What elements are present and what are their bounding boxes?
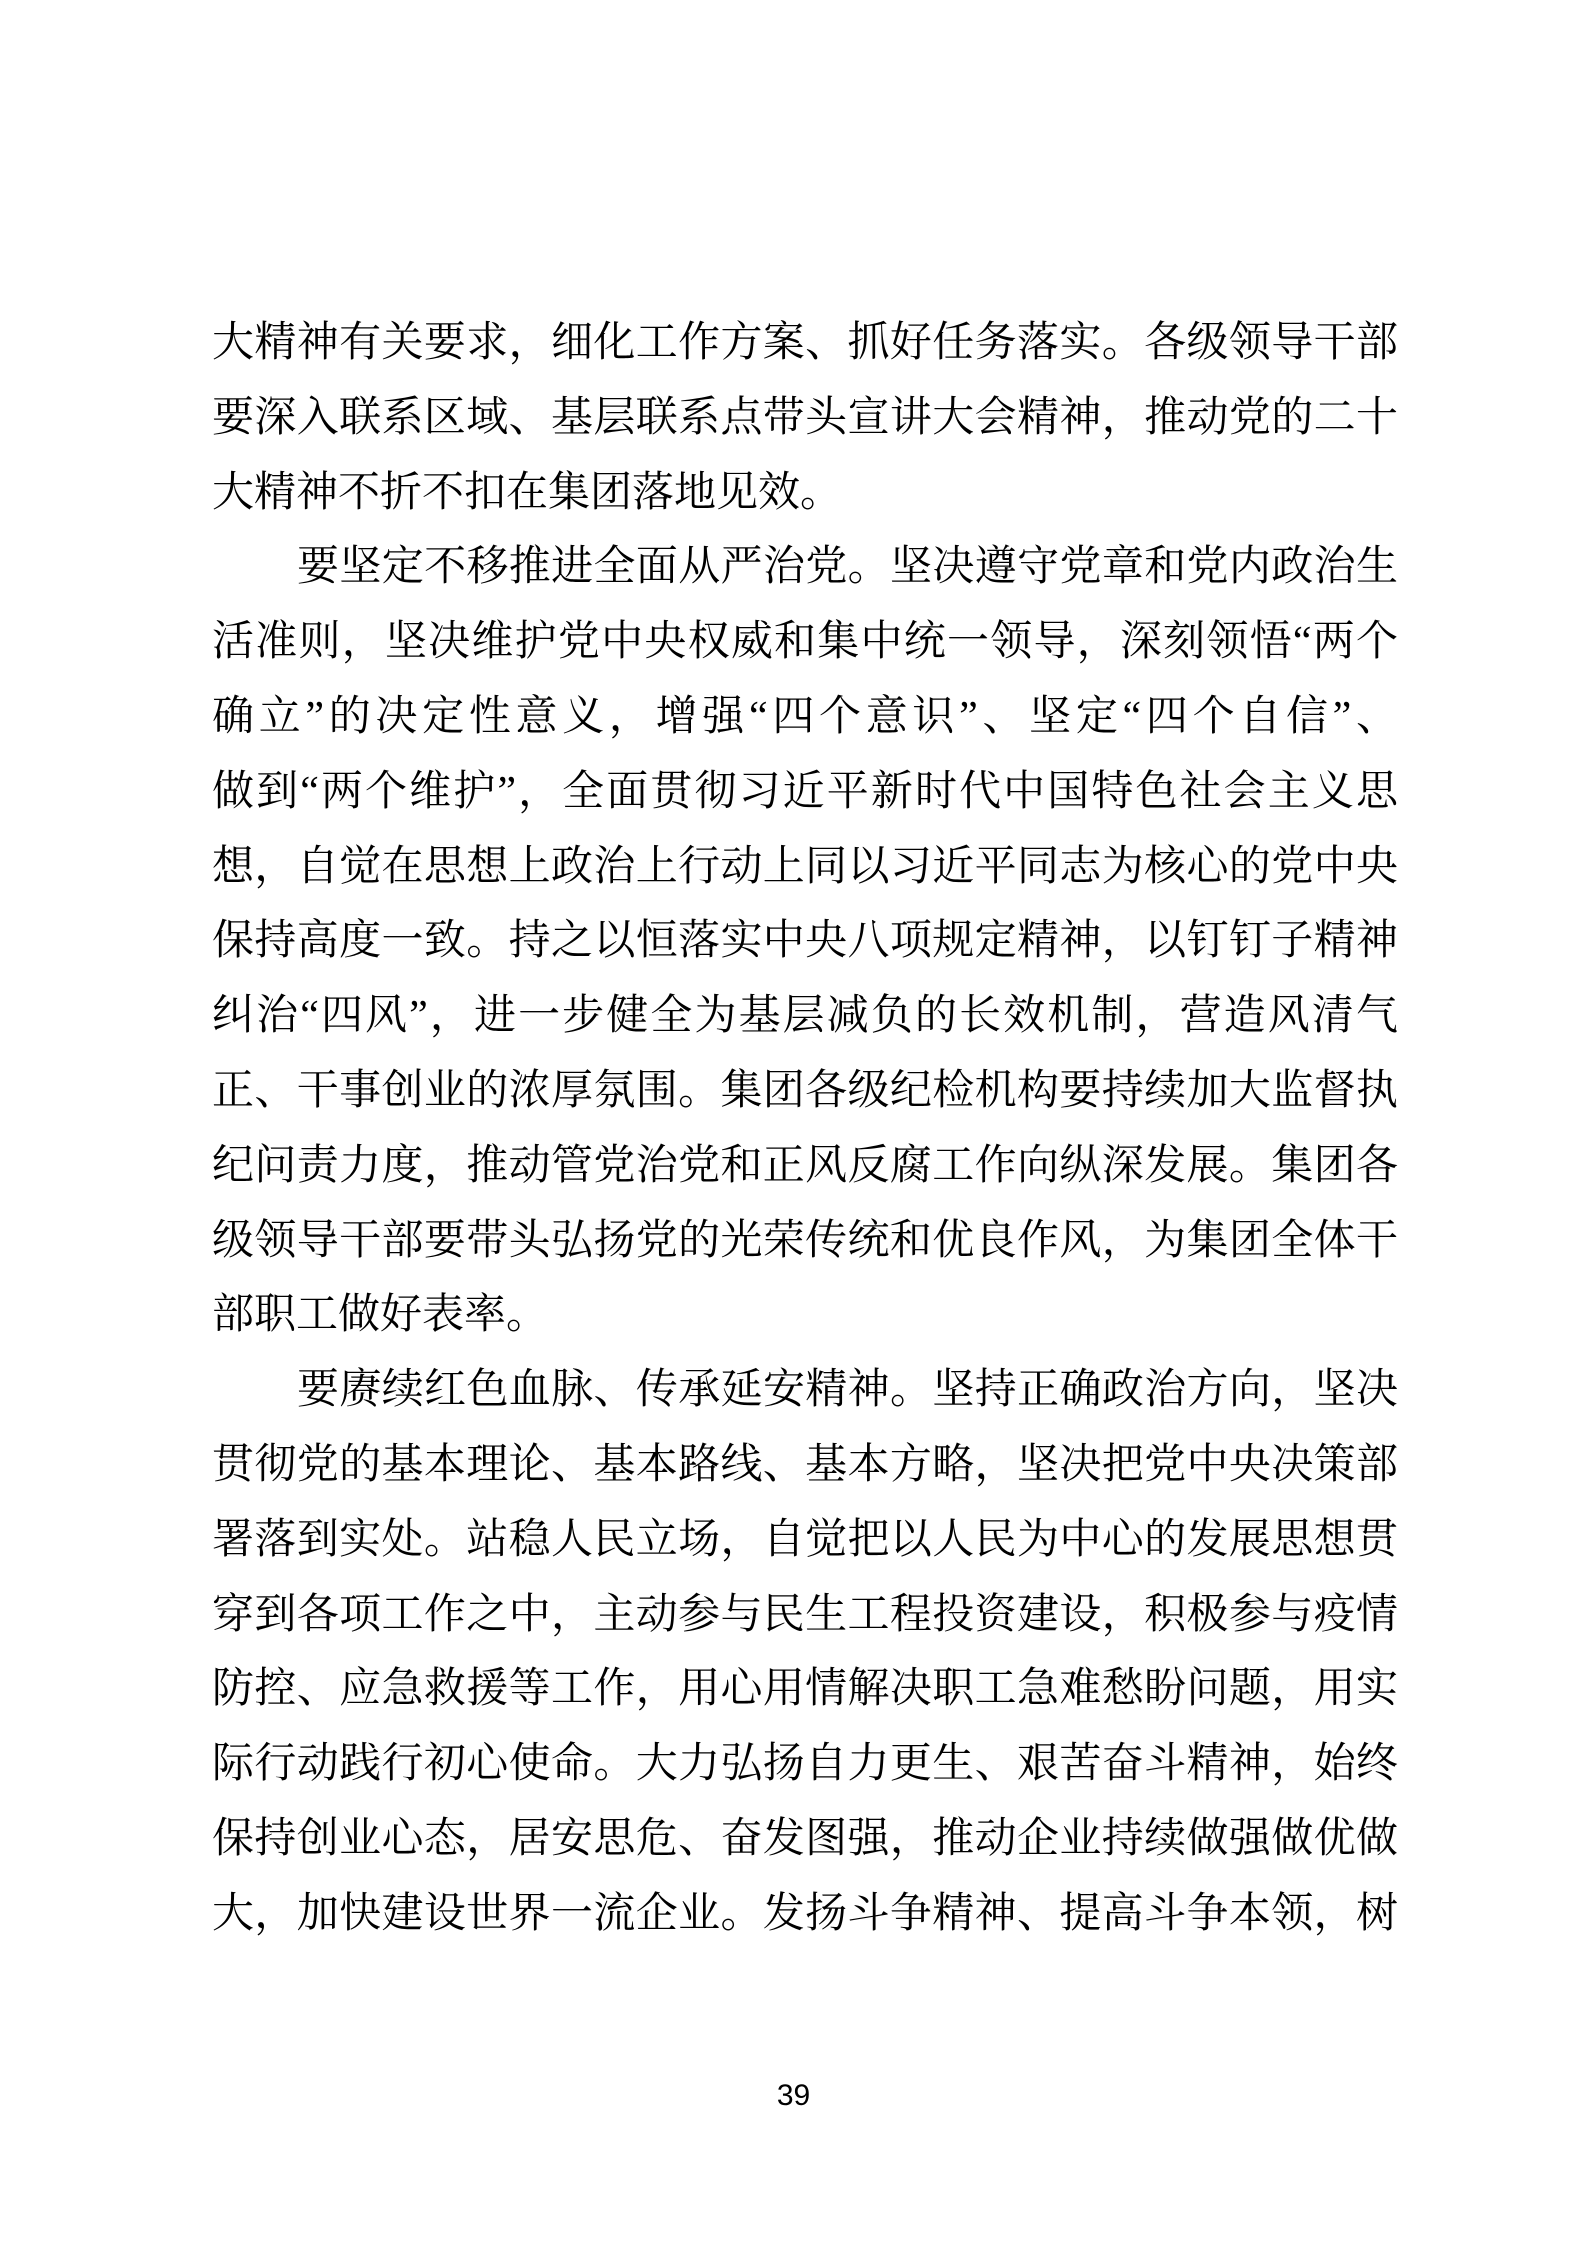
document-body: 大精神有关要求，细化工作方案、抓好任务落实。各级领导干部 要深入联系区域、基层联…	[212, 306, 1398, 1952]
text-line: 大精神不折不扣在集团落地见效。	[212, 456, 1398, 531]
text-line: 纪问责力度，推动管党治党和正风反腐工作向纵深发展。集团各	[212, 1129, 1398, 1204]
text-line: 想，自觉在思想上政治上行动上同以习近平同志为核心的党中央	[212, 830, 1398, 905]
text-line: 做到“两个维护”，全面贯彻习近平新时代中国特色社会主义思	[212, 755, 1398, 830]
text-line: 际行动践行初心使命。大力弘扬自力更生、艰苦奋斗精神，始终	[212, 1727, 1398, 1802]
document-page: 大精神有关要求，细化工作方案、抓好任务落实。各级领导干部 要深入联系区域、基层联…	[0, 0, 1587, 2245]
text-line: 要深入联系区域、基层联系点带头宣讲大会精神，推动党的二十	[212, 381, 1398, 456]
text-line: 防控、应急救援等工作，用心用情解决职工急难愁盼问题，用实	[212, 1652, 1398, 1727]
text-line: 贯彻党的基本理论、基本路线、基本方略，坚决把党中央决策部	[212, 1428, 1398, 1503]
text-line: 级领导干部要带头弘扬党的光荣传统和优良作风，为集团全体干	[212, 1204, 1398, 1279]
text-line: 大，加快建设世界一流企业。发扬斗争精神、提高斗争本领，树	[212, 1877, 1398, 1952]
text-line: 穿到各项工作之中，主动参与民生工程投资建设，积极参与疫情	[212, 1578, 1398, 1653]
text-line paragraph-start: 要赓续红色血脉、传承延安精神。坚持正确政治方向，坚决	[212, 1353, 1398, 1428]
page-number: 39	[0, 2078, 1587, 2114]
text-line: 署落到实处。站稳人民立场，自觉把以人民为中心的发展思想贯	[212, 1503, 1398, 1578]
text-line: 正、干事创业的浓厚氛围。集团各级纪检机构要持续加大监督执	[212, 1054, 1398, 1129]
text-line paragraph-start: 要坚定不移推进全面从严治党。坚决遵守党章和党内政治生	[212, 530, 1398, 605]
text-line: 保持创业心态，居安思危、奋发图强，推动企业持续做强做优做	[212, 1802, 1398, 1877]
text-line: 确立”的决定性意义，增强“四个意识”、坚定“四个自信”、	[212, 680, 1398, 755]
text-line: 大精神有关要求，细化工作方案、抓好任务落实。各级领导干部	[212, 306, 1398, 381]
text-line: 纠治“四风”，进一步健全为基层减负的长效机制，营造风清气	[212, 979, 1398, 1054]
text-line: 保持高度一致。持之以恒落实中央八项规定精神，以钉钉子精神	[212, 904, 1398, 979]
text-line: 部职工做好表率。	[212, 1278, 1398, 1353]
text-line: 活准则，坚决维护党中央权威和集中统一领导，深刻领悟“两个	[212, 605, 1398, 680]
